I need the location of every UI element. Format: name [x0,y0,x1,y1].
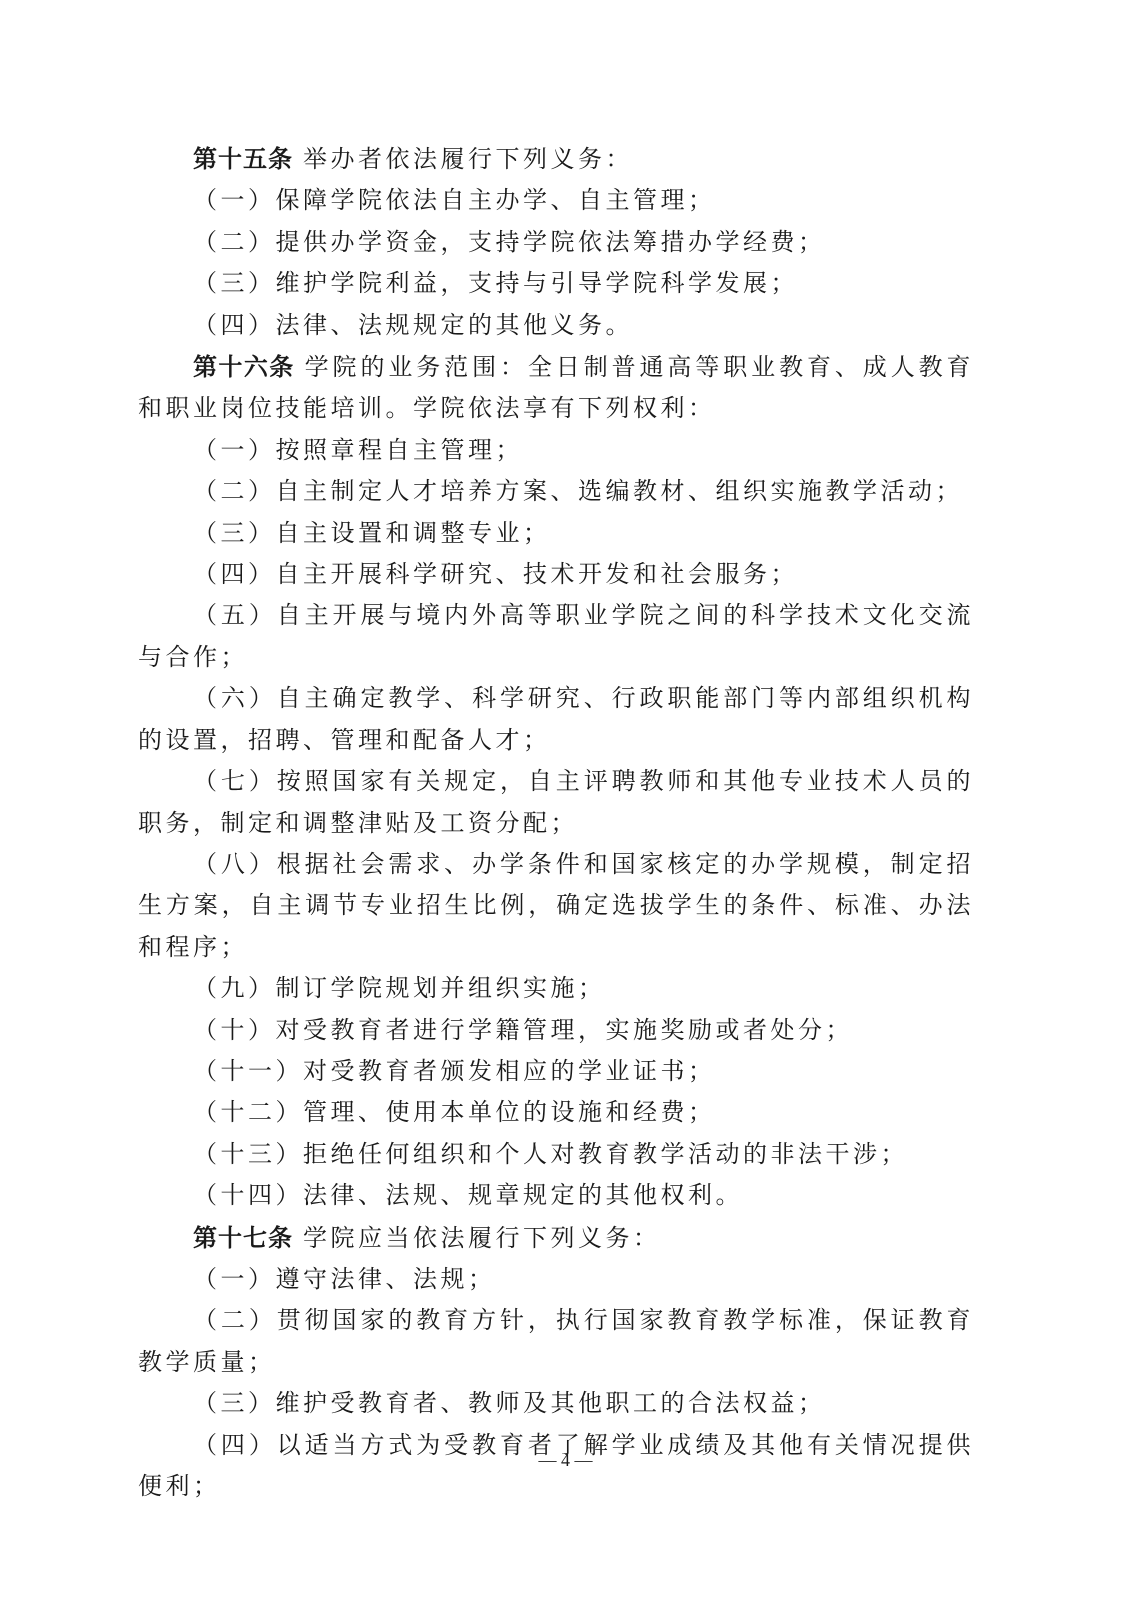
list-item: （十一）对受教育者颁发相应的学业证书； [138,1051,974,1092]
list-item: （三）维护受教育者、教师及其他职工的合法权益； [138,1383,974,1424]
list-item: （四）自主开展科学研究、技术开发和社会服务； [138,554,974,595]
article-number: 第十六条 [193,352,295,381]
list-item: （十三）拒绝任何组织和个人对教育教学活动的非法干涉； [138,1134,974,1175]
list-item: （二）自主制定人才培养方案、选编教材、组织实施教学活动； [138,471,974,512]
list-item: （五）自主开展与境内外高等职业学院之间的科学技术文化交流与合作； [138,595,974,678]
list-item: （一）遵守法律、法规； [138,1259,974,1300]
list-item: （八）根据社会需求、办学条件和国家核定的办学规模，制定招生方案，自主调节专业招生… [138,844,974,968]
article-15-heading: 第十五条举办者依法履行下列义务： [138,138,974,180]
list-item: （三）维护学院利益，支持与引导学院科学发展； [138,263,974,304]
list-item: （七）按照国家有关规定，自主评聘教师和其他专业技术人员的职务，制定和调整津贴及工… [138,761,974,844]
article-17-heading: 第十七条学院应当依法履行下列义务： [138,1217,974,1259]
list-item: （十四）法律、法规、规章规定的其他权利。 [138,1175,974,1216]
document-body: 第十五条举办者依法履行下列义务： （一）保障学院依法自主办学、自主管理； （二）… [138,138,974,1507]
list-item: （九）制订学院规划并组织实施； [138,968,974,1009]
article-16-heading: 第十六条学院的业务范围：全日制普通高等职业教育、成人教育和职业岗位技能培训。学院… [138,346,974,430]
page-number: — 4 — [0,1450,1131,1471]
list-item: （十）对受教育者进行学籍管理，实施奖励或者处分； [138,1010,974,1051]
list-item: （三）自主设置和调整专业； [138,513,974,554]
paragraph-text: 学院应当依法履行下列义务： [303,1224,661,1252]
list-item: （十二）管理、使用本单位的设施和经费； [138,1092,974,1133]
paragraph-text: 举办者依法履行下列义务： [303,145,633,173]
list-item: （一）按照章程自主管理； [138,430,974,471]
list-item: （二）提供办学资金，支持学院依法筹措办学经费； [138,222,974,263]
list-item: （四）法律、法规规定的其他义务。 [138,305,974,346]
article-number: 第十七条 [193,1223,293,1252]
list-item: （一）保障学院依法自主办学、自主管理； [138,180,974,221]
article-number: 第十五条 [193,144,293,173]
list-item: （六）自主确定教学、科学研究、行政职能部门等内部组织机构的设置，招聘、管理和配备… [138,678,974,761]
list-item: （二）贯彻国家的教育方针，执行国家教育教学标准，保证教育教学质量； [138,1300,974,1383]
